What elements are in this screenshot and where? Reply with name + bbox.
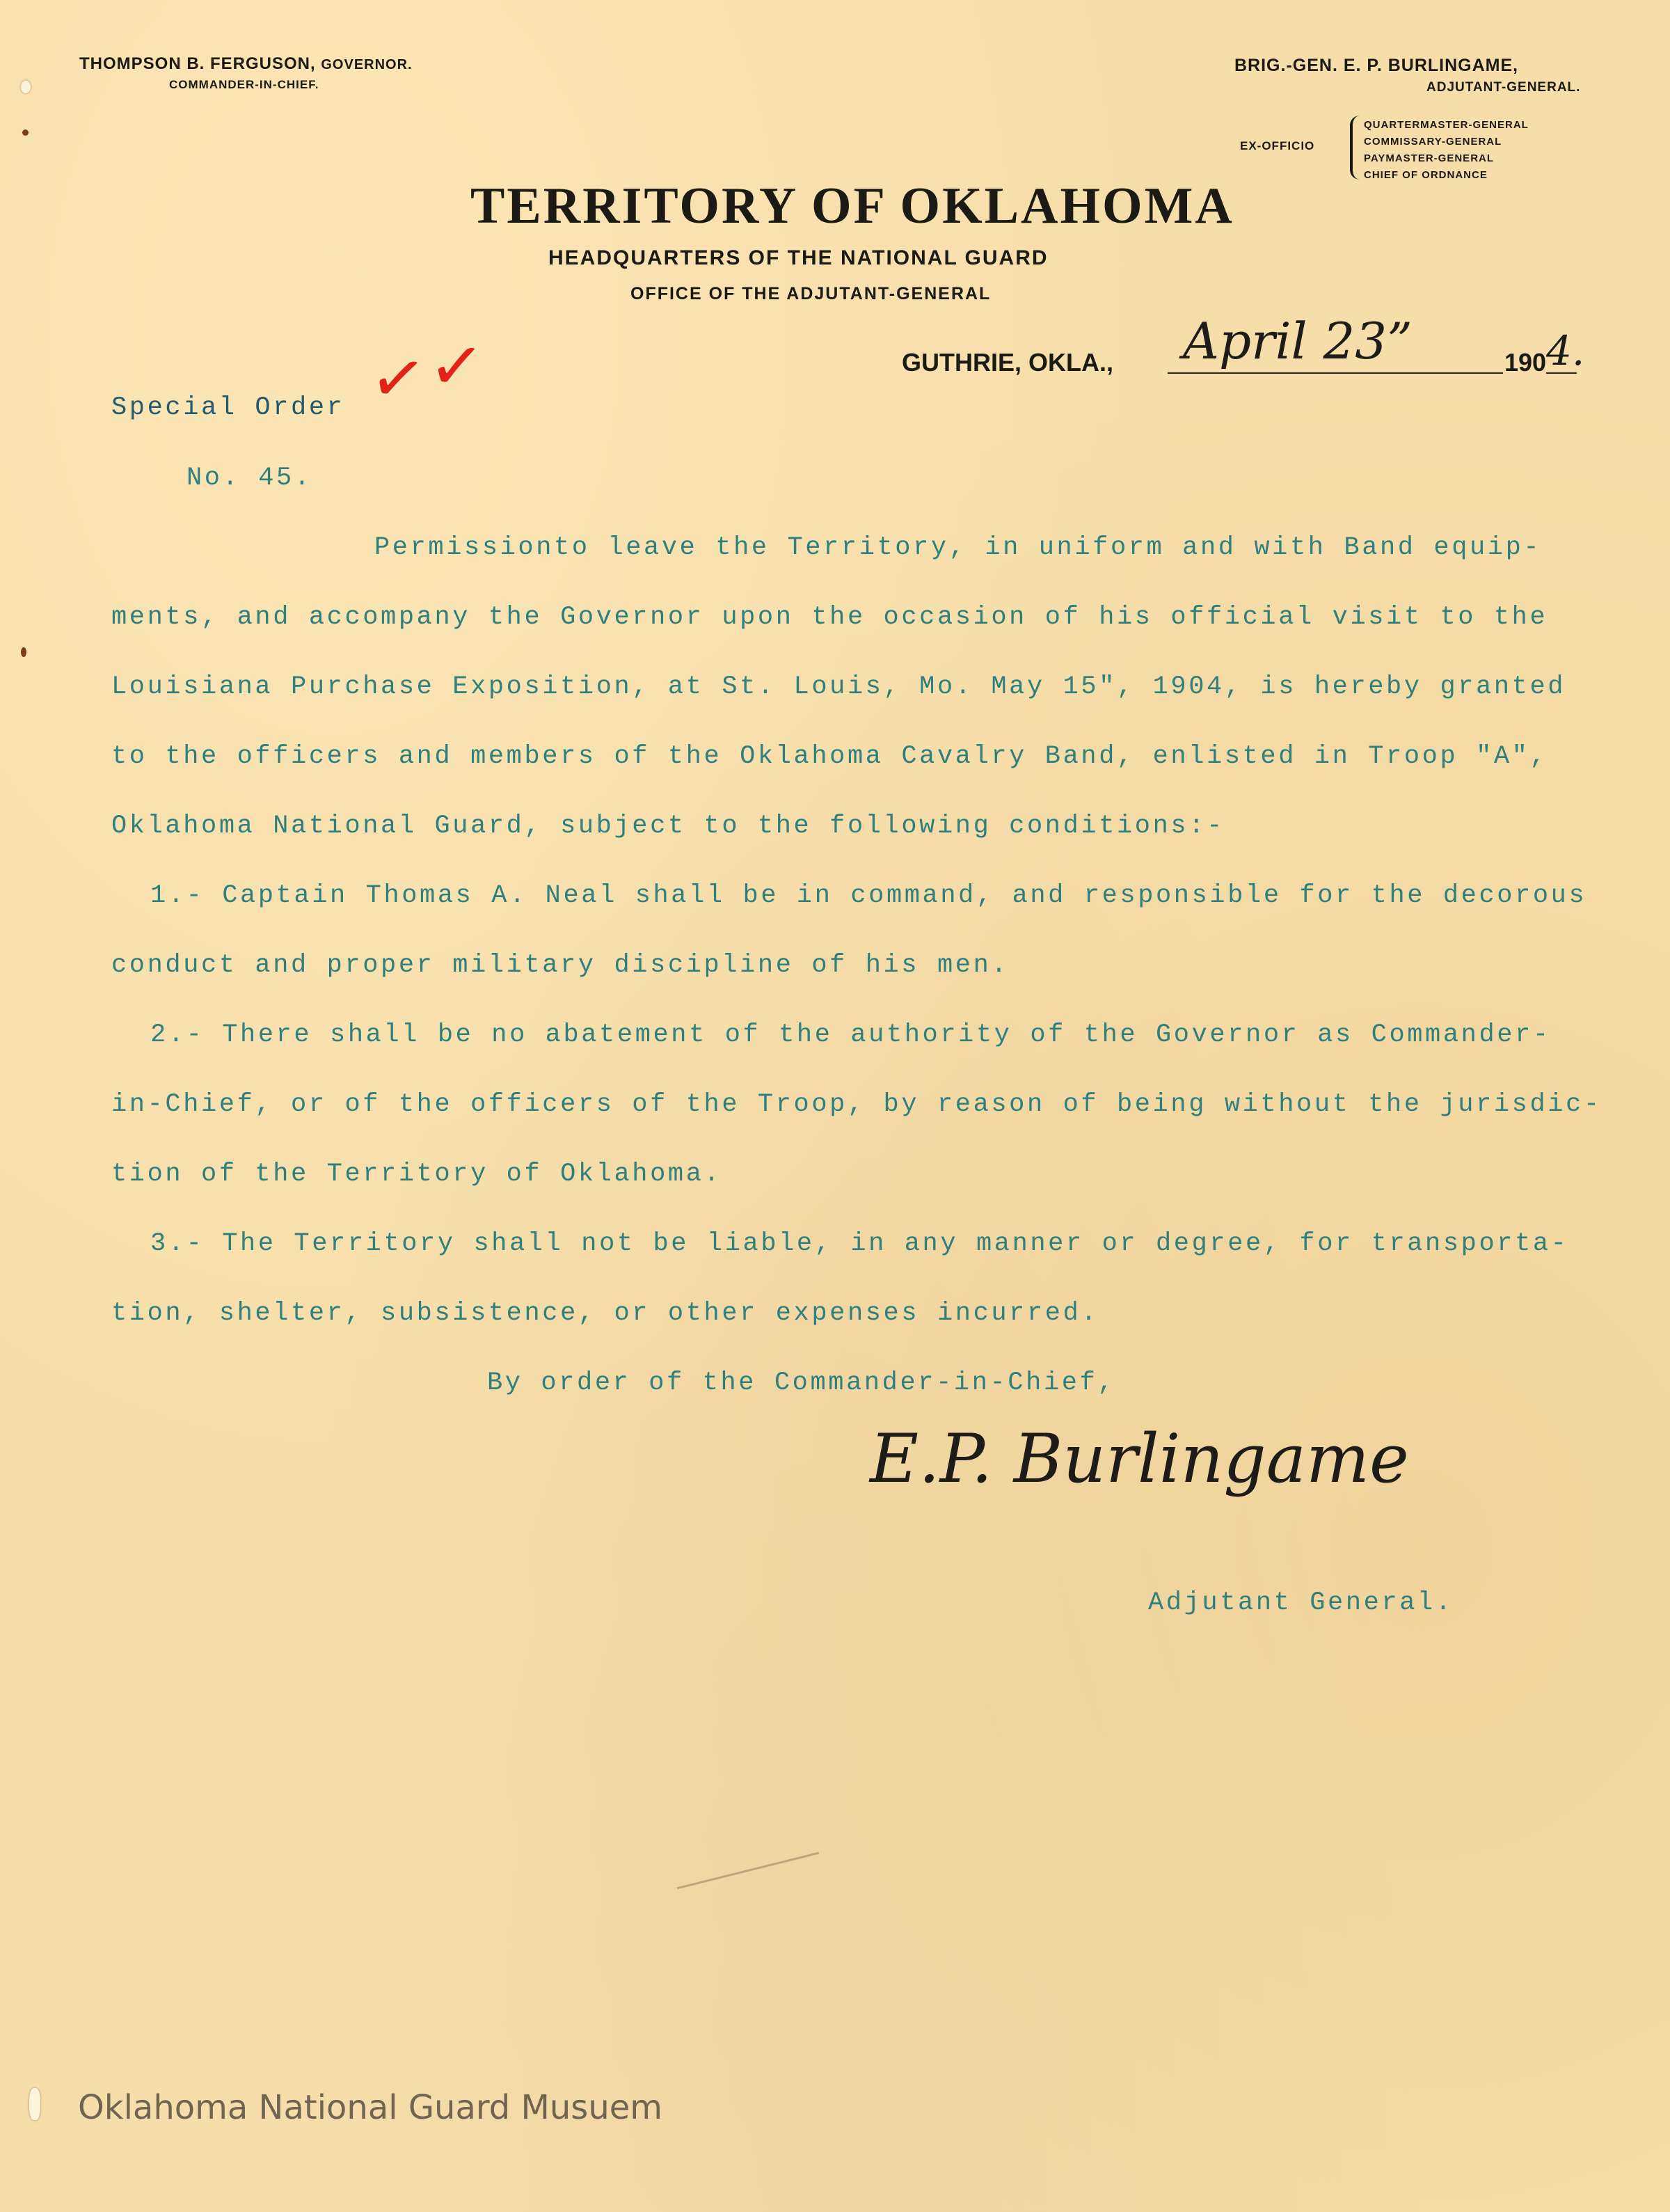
body-line: Oklahoma National Guard, subject to the …: [111, 812, 1225, 841]
closing-line: By order of the Commander-in-Chief,: [487, 1368, 1115, 1398]
punch-hole: [21, 81, 31, 93]
body-line: conduct and proper military discipline o…: [111, 951, 1009, 980]
governor-name-text: THOMPSON B. FERGUSON,: [79, 54, 316, 73]
body-line: Louisiana Purchase Exposition, at St. Lo…: [111, 672, 1566, 702]
body-line: tion, shelter, subsistence, or other exp…: [111, 1299, 1099, 1328]
ex-officio-role: QUARTERMASTER-GENERAL: [1364, 117, 1529, 134]
letterhead-subtitle: HEADQUARTERS OF THE NATIONAL GUARD: [548, 246, 1049, 270]
condition-3: 3.- The Territory shall not be liable, i…: [150, 1229, 1569, 1258]
museum-watermark: Oklahoma National Guard Musuem: [78, 2088, 662, 2127]
adjutant-title: ADJUTANT-GENERAL.: [1426, 80, 1580, 95]
order-number: No. 45.: [186, 464, 312, 493]
letterhead-title: TERRITORY OF OKLAHOMA: [470, 177, 1234, 236]
ex-officio-roles: QUARTERMASTER-GENERAL COMMISSARY-GENERAL…: [1364, 117, 1529, 184]
condition-1: 1.- Captain Thomas A. Neal shall be in c…: [150, 881, 1586, 910]
rust-spot: [22, 129, 29, 136]
ex-officio-role: PAYMASTER-GENERAL: [1364, 150, 1529, 167]
governor-name: THOMPSON B. FERGUSON, GOVERNOR.: [79, 54, 413, 74]
paper-tear: [29, 2088, 40, 2120]
pencil-mark: [677, 1852, 819, 1890]
ex-officio-role: COMMISSARY-GENERAL: [1364, 134, 1529, 150]
governor-role: COMMANDER-IN-CHIEF.: [169, 78, 319, 92]
date-underline: [1168, 372, 1503, 374]
body-line: ments, and accompany the Governor upon t…: [111, 603, 1548, 632]
body-line: tion of the Territory of Oklahoma.: [111, 1160, 722, 1189]
check-mark-icon: ✓: [365, 336, 431, 421]
order-heading: Special Order: [111, 393, 344, 422]
year-printed: 190: [1504, 348, 1546, 377]
body-line: to the officers and members of the Oklah…: [111, 742, 1548, 771]
ex-officio-role: CHIEF OF ORDNANCE: [1364, 167, 1529, 184]
ex-officio-label: EX-OFFICIO: [1240, 139, 1314, 153]
governor-title: GOVERNOR.: [321, 57, 412, 72]
signer-title: Adjutant General.: [1148, 1588, 1454, 1618]
date-handwritten: April 23”: [1183, 312, 1413, 370]
signature: E.P. Burlingame: [870, 1420, 1409, 1498]
adjutant-name: BRIG.-GEN. E. P. BURLINGAME,: [1234, 56, 1518, 76]
place-line: GUTHRIE, OKLA.,: [902, 348, 1113, 377]
check-mark-icon: ✓: [426, 325, 487, 406]
letterhead-office: OFFICE OF THE ADJUTANT-GENERAL: [630, 284, 991, 304]
year-handwritten: 4.: [1546, 327, 1584, 374]
body-line: Permissionto leave the Territory, in uni…: [374, 533, 1541, 562]
rust-spot: [21, 647, 26, 657]
condition-2: 2.- There shall be no abatement of the a…: [150, 1020, 1551, 1050]
brace-icon: [1350, 116, 1360, 180]
body-line: in-Chief, or of the officers of the Troo…: [111, 1090, 1602, 1119]
